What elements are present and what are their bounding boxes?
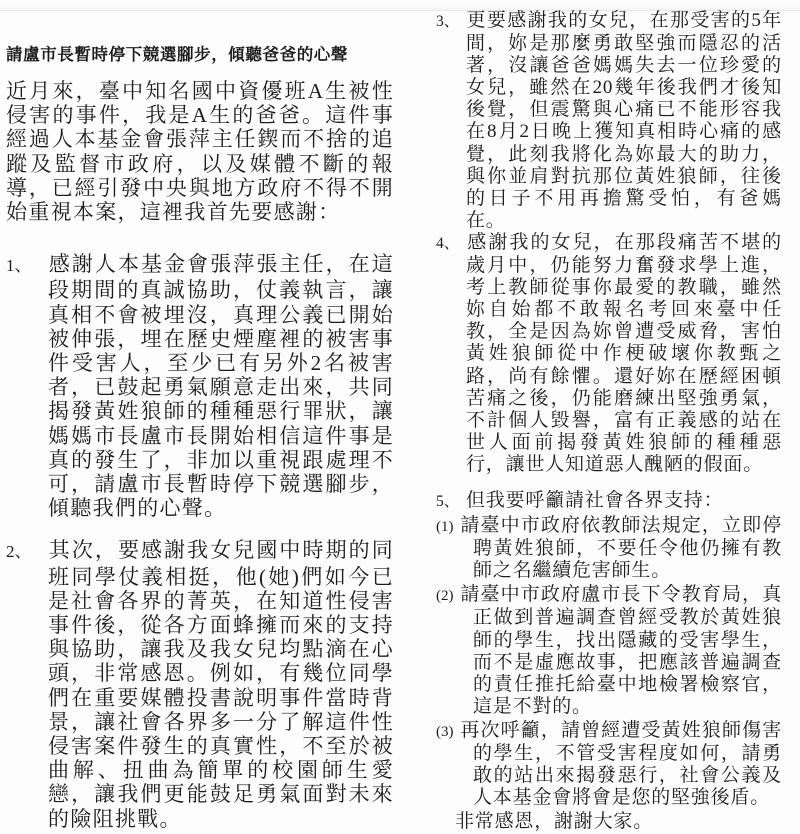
list-item-5: 5、但我要呼籲請社會各界支持：	[436, 490, 782, 513]
list-item-1: 1、感謝人本基金會張萍張主任，在這段期間的真誠協助，仗義執言，讓真相不會被埋沒，…	[6, 252, 394, 520]
item-1-number: 1、	[6, 254, 48, 278]
item-2-number: 2、	[6, 540, 48, 564]
sub-item-2-number: (2)	[436, 585, 460, 607]
list-item-4: 4、感謝我的女兒，在那段痛苦不堪的歲月中，仍能努力奮發求學上進，考上教師從事你最…	[436, 232, 782, 476]
left-column: 請盧市長暫時停下競選腳步，傾聽爸爸的心聲 近月來，臺中知名國中資優班A生被性侵害…	[6, 44, 394, 831]
right-column: 3、更要感謝我的女兒，在那受害的5年間，妳是那麼勇敢堅強而隱忍的活著，沒讓爸爸媽…	[436, 10, 782, 833]
intro-paragraph: 近月來，臺中知名國中資優班A生被性侵害的事件，我是A生的爸爸。這件事經過人本基金…	[6, 79, 394, 224]
list-item-2: 2、其次，要感謝我女兒國中時期的同班同學仗義相挺，他(她)們如今已是社會各界的菁…	[6, 538, 394, 830]
item-4-text: 感謝我的女兒，在那段痛苦不堪的歲月中，仍能努力奮發求學上進，考上教師從事你最愛的…	[466, 232, 782, 475]
item-5-text: 但我要呼籲請社會各界支持：	[466, 490, 723, 511]
sub-item-1: (1)請臺中市政府依教師法規定，立即停聘黃姓狼師，不要任令他仍擁有教師之名繼續危…	[436, 515, 782, 582]
document-title: 請盧市長暫時停下競選腳步，傾聽爸爸的心聲	[6, 44, 394, 66]
item-2-text: 其次，要感謝我女兒國中時期的同班同學仗義相挺，他(她)們如今已是社會各界的菁英，…	[48, 538, 394, 830]
sub-item-3-text: 再次呼籲，請曾經遭受黃姓狼師傷害的學生，不管受害程度如何，請勇敢的站出來揭發惡行…	[460, 720, 782, 808]
sub-item-1-text: 請臺中市政府依教師法規定，立即停聘黃姓狼師，不要任令他仍擁有教師之名繼續危害師生…	[460, 515, 782, 581]
sub-item-3: (3)再次呼籲，請曾經遭受黃姓狼師傷害的學生，不管受害程度如何，請勇敢的站出來揭…	[436, 720, 782, 809]
item-5-number: 5、	[436, 491, 466, 513]
sub-item-1-number: (1)	[436, 516, 460, 538]
sub-item-3-number: (3)	[436, 721, 460, 743]
item-4-number: 4、	[436, 233, 466, 255]
item-1-text: 感謝人本基金會張萍張主任，在這段期間的真誠協助，仗義執言，讓真相不會被埋沒，真理…	[48, 252, 394, 520]
sub-item-2-text: 請臺中市政府盧市長下令教育局，真正做到普遍調查曾經受教於黃姓狼師的學生，找出隱藏…	[460, 584, 782, 716]
item-3-number: 3、	[436, 11, 466, 33]
list-item-3: 3、更要感謝我的女兒，在那受害的5年間，妳是那麼勇敢堅強而隱忍的活著，沒讓爸爸媽…	[436, 10, 782, 232]
closing-line: 非常感恩，謝謝大家。	[455, 811, 782, 833]
item-3-text: 更要感謝我的女兒，在那受害的5年間，妳是那麼勇敢堅強而隱忍的活著，沒讓爸爸媽媽失…	[466, 10, 782, 231]
scanned-letter-page: 請盧市長暫時停下競選腳步，傾聽爸爸的心聲 近月來，臺中知名國中資優班A生被性侵害…	[0, 0, 800, 834]
sub-item-2: (2)請臺中市政府盧市長下令教育局，真正做到普遍調查曾經受教於黃姓狼師的學生，找…	[436, 584, 782, 718]
